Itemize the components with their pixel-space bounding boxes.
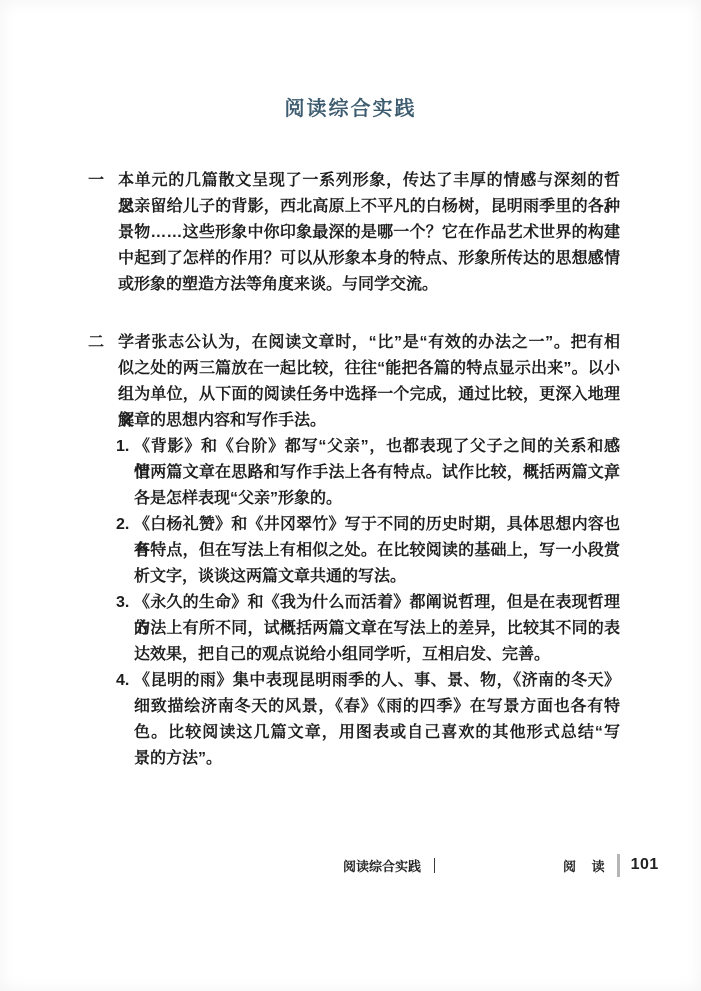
paragraph-line: 析文字，谈谈这两篇文章共通的写法。	[134, 564, 620, 590]
section-one: 一 本单元的几篇散文呈现了一系列形象，传达了丰厚的情感与深刻的哲思。 父亲留给儿…	[88, 168, 620, 298]
footer-section-label: 阅读综合实践	[343, 856, 421, 875]
paragraph-line: 文章的思想内容和写作手法。	[118, 408, 620, 434]
task-item-1: 1. 《背影》和《台阶》都写“父亲”，也都表现了父子之间的关系和感情， 但两篇文…	[118, 434, 620, 512]
footer-page-number: 101	[631, 856, 659, 874]
section-two: 二 学者张志公认为，在阅读文章时，“比”是“有效的办法之一”。把有相 似之处的两…	[88, 330, 620, 772]
footer-page-info-group: 阅 读 101	[563, 853, 659, 877]
footer-thick-divider	[617, 854, 620, 877]
paragraph-line: 方法上有所不同，试概括两篇文章在写法上的差异，比较其不同的表	[134, 616, 620, 642]
paragraph-line: 达效果，把自己的观点说给小组同学听，互相启发、完善。	[134, 642, 620, 668]
page-footer: 阅读综合实践 阅 读 101	[0, 853, 701, 879]
page-content: 一 本单元的几篇散文呈现了一系列形象，传达了丰厚的情感与深刻的哲思。 父亲留给儿…	[88, 168, 620, 772]
paragraph-line: 《白杨礼赞》和《井冈翠竹》写于不同的历史时期，具体思想内容也各	[134, 512, 620, 538]
task-item-number: 1.	[116, 434, 129, 460]
paragraph-line: 《永久的生命》和《我为什么而活着》都阐说哲理，但是在表现哲理的	[134, 590, 620, 616]
paragraph-line: 但两篇文章在思路和写作手法上各有特点。试作比较，概括两篇文章	[134, 460, 620, 486]
footer-thin-divider	[434, 858, 435, 873]
paragraph-line: 细致描绘济南冬天的风景，《春》《雨的四季》在写景方面也各有特	[134, 694, 620, 720]
paragraph-line: 景物……这些形象中你印象最深的是哪一个？它在作品艺术世界的构建	[118, 220, 620, 246]
paragraph-line: 父亲留给儿子的背影，西北高原上不平凡的白杨树，昆明雨季里的各种	[118, 194, 620, 220]
paragraph-line: 本单元的几篇散文呈现了一系列形象，传达了丰厚的情感与深刻的哲思。	[118, 168, 620, 194]
task-item-3: 3. 《永久的生命》和《我为什么而活着》都阐说哲理，但是在表现哲理的 方法上有所…	[118, 590, 620, 668]
textbook-page: 阅读综合实践 一 本单元的几篇散文呈现了一系列形象，传达了丰厚的情感与深刻的哲思…	[0, 0, 701, 991]
paragraph-line: 景的方法”。	[134, 746, 620, 772]
section-two-marker: 二	[88, 330, 104, 356]
paragraph-line: 学者张志公认为，在阅读文章时，“比”是“有效的办法之一”。把有相	[118, 330, 620, 356]
task-item-4: 4. 《昆明的雨》集中表现昆明雨季的人、事、景、物，《济南的冬天》 细致描绘济南…	[118, 668, 620, 772]
paragraph-line: 《昆明的雨》集中表现昆明雨季的人、事、景、物，《济南的冬天》	[134, 668, 620, 694]
footer-book-label: 阅 读	[563, 856, 611, 875]
page-title: 阅读综合实践	[0, 92, 701, 121]
paragraph-line: 有特点，但在写法上有相似之处。在比较阅读的基础上，写一小段赏	[134, 538, 620, 564]
paragraph-line: 《背影》和《台阶》都写“父亲”，也都表现了父子之间的关系和感情，	[134, 434, 620, 460]
paragraph-line: 或形象的塑造方法等角度来谈。与同学交流。	[118, 272, 620, 298]
section-one-marker: 一	[88, 168, 104, 194]
paragraph-line: 色。比较阅读这几篇文章，用图表或自己喜欢的其他形式总结“写	[134, 720, 620, 746]
task-item-number: 2.	[116, 512, 129, 538]
paragraph-line: 似之处的两三篇放在一起比较，往往“能把各篇的特点显示出来”。以小	[118, 356, 620, 382]
task-item-number: 3.	[116, 590, 129, 616]
task-item-2: 2. 《白杨礼赞》和《井冈翠竹》写于不同的历史时期，具体思想内容也各 有特点，但…	[118, 512, 620, 590]
paragraph-line: 中起到了怎样的作用？可以从形象本身的特点、形象所传达的思想感情	[118, 246, 620, 272]
footer-section-label-group: 阅读综合实践	[343, 853, 435, 877]
task-item-number: 4.	[116, 668, 129, 694]
paragraph-line: 组为单位，从下面的阅读任务中选择一个完成，通过比较，更深入地理解	[118, 382, 620, 408]
paragraph-line: 各是怎样表现“父亲”形象的。	[134, 486, 620, 512]
